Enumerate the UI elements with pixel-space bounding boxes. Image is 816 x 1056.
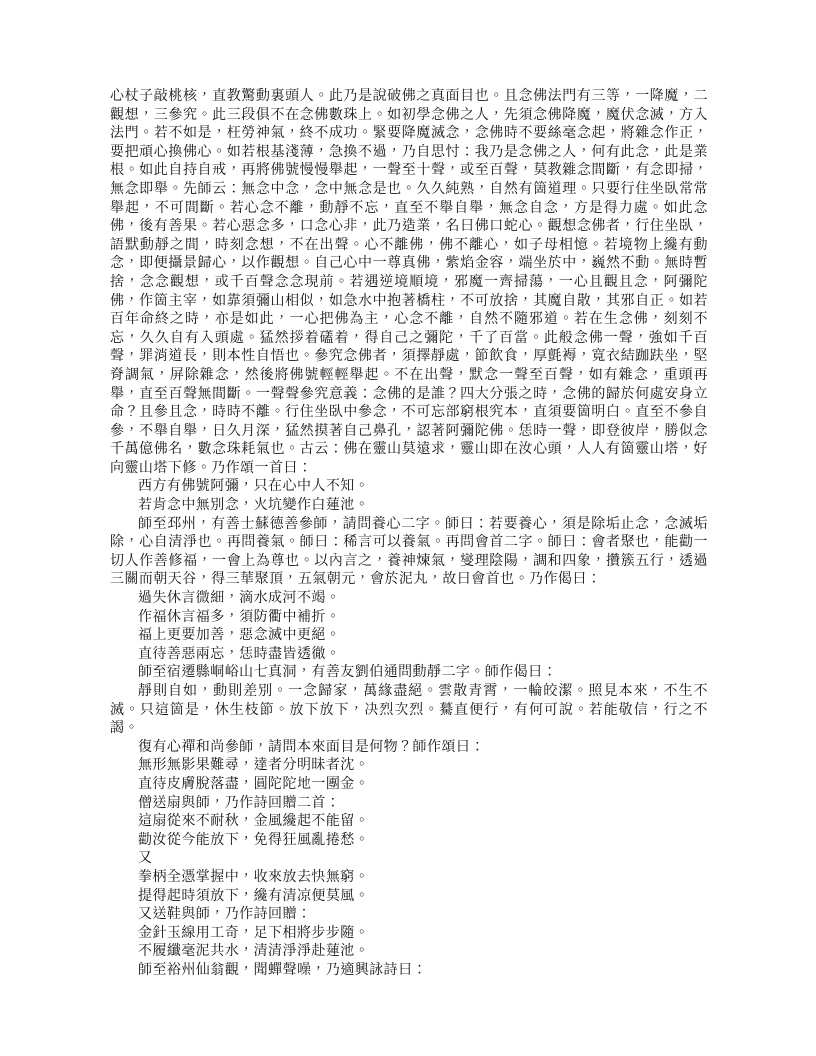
- verse-line: 不履纖毫泥共水，清清淨淨赴蓮池。: [110, 943, 708, 962]
- paragraph: 復有心禪和尚參師，請問本來面目是何物？師作頌曰：: [110, 739, 708, 758]
- verse-line: 作福休言福多，須防衢中補折。: [110, 609, 708, 628]
- verse-line: 西方有佛號阿彌，只在心中人不知。: [110, 478, 708, 497]
- verse-line: 這扇從來不耐秋，金風纔起不能留。: [110, 813, 708, 832]
- verse-line: 又: [110, 850, 708, 869]
- paragraph: 心杖子敲桃核，直教驚動裏頭人。此乃是說破佛之真面目也。且念佛法門有三等，一降魔，…: [110, 88, 708, 478]
- verse-line: 勸汝從今能放下，免得狂風亂捲愁。: [110, 832, 708, 851]
- verse-line: 金針玉線用工奇，足下相將步步隨。: [110, 925, 708, 944]
- verse-line: 福上更要加善，惡念滅中更絕。: [110, 627, 708, 646]
- paragraph: 僧送扇與師，乃作詩回贈二首：: [110, 795, 708, 814]
- document-body: 心杖子敲桃核，直教驚動裏頭人。此乃是說破佛之真面目也。且念佛法門有三等，一降魔，…: [110, 88, 708, 981]
- verse-line: 無形無影果難尋，達者分明昧者沈。: [110, 757, 708, 776]
- verse-line: 直待善惡兩忘，恁時盡皆透徹。: [110, 646, 708, 665]
- verse-line: 直待皮膚脫落盡，圓陀陀地一團金。: [110, 776, 708, 795]
- verse-line: 拳柄全憑掌握中，收來放去快無窮。: [110, 869, 708, 888]
- document-page: 心杖子敲桃核，直教驚動裏頭人。此乃是說破佛之真面目也。且念佛法門有三等，一降魔，…: [0, 0, 816, 1056]
- paragraph: 靜則自如，動則差別。一念歸家，萬緣盡絕。雲散青霄，一輪皎潔。照見本來，不生不滅。…: [110, 683, 708, 739]
- paragraph: 師至宿遷縣峒峪山七真洞，有善友劉伯通問動靜二字。師作偈曰：: [110, 664, 708, 683]
- paragraph: 又送鞋與師，乃作詩回贈：: [110, 906, 708, 925]
- verse-line: 若肯念中無別念，火坑變作白蓮池。: [110, 497, 708, 516]
- verse-line: 提得起時須放下，纔有清凉便莫風。: [110, 888, 708, 907]
- paragraph: 師至裕州仙翁觀，聞蟬聲噪，乃適興詠詩曰：: [110, 962, 708, 981]
- paragraph: 師至邳州，有善士蘇德善參師，請問養心二字。師曰：若要養心，須是除垢止念，念滅垢除…: [110, 516, 708, 590]
- verse-line: 過失休言微細，滴水成河不竭。: [110, 590, 708, 609]
